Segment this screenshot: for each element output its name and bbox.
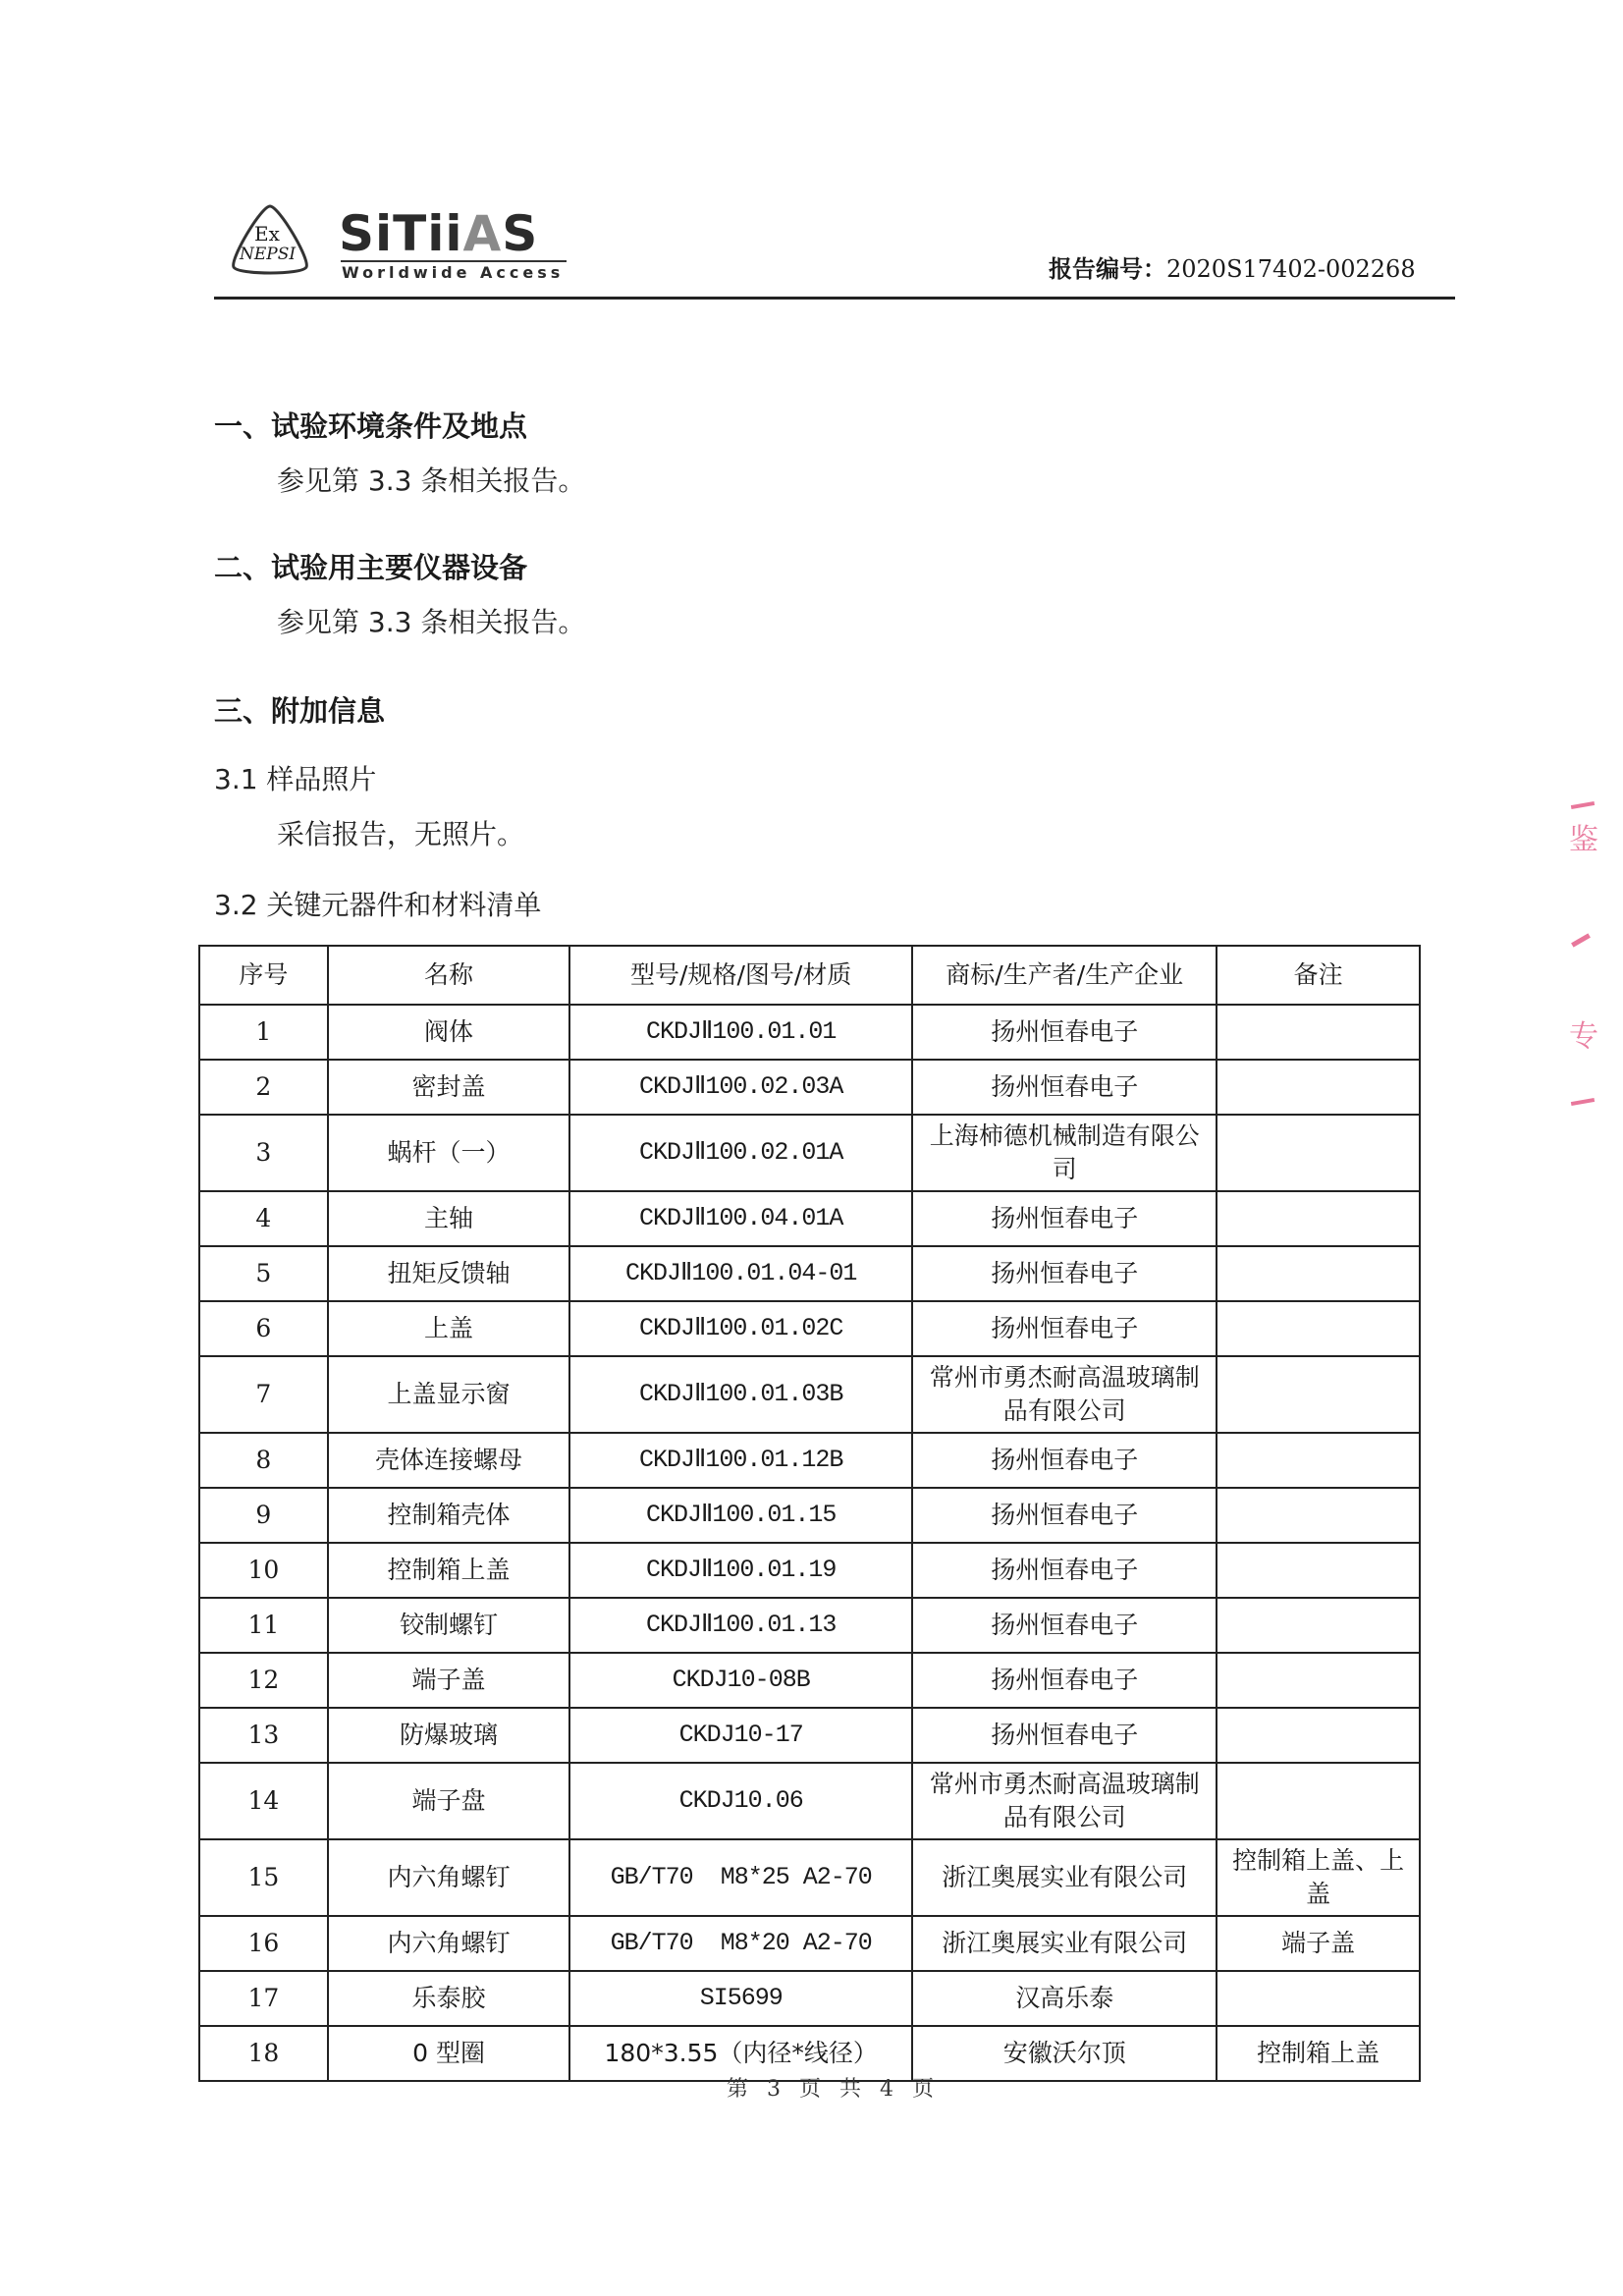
table-row: 15内六角螺钉GB/T70 M8*25 A2-70浙江奥展实业有限公司控制箱上盖…	[199, 1839, 1420, 1916]
cell-name: 0 型圈	[328, 2026, 570, 2081]
cell-remark	[1217, 1598, 1420, 1653]
table-row: 6上盖CKDJⅡ100.01.02C扬州恒春电子	[199, 1301, 1420, 1356]
table-row: 9控制箱壳体CKDJⅡ100.01.15扬州恒春电子	[199, 1488, 1420, 1543]
cell-name: 主轴	[328, 1191, 570, 1246]
logo-badge-nepsi: NEPSI	[240, 245, 296, 264]
seal-stroke-mark	[1571, 933, 1591, 947]
cell-no: 4	[199, 1191, 328, 1246]
cell-manufacturer: 安徽沃尔顶	[912, 2026, 1217, 2081]
col-header-model: 型号/规格/图号/材质	[569, 946, 912, 1005]
cell-model: CKDJ10-17	[569, 1708, 912, 1763]
cell-remark: 控制箱上盖、上盖	[1217, 1839, 1420, 1916]
logo-badge-ex: Ex	[254, 222, 280, 246]
cell-no: 16	[199, 1916, 328, 1971]
cell-no: 2	[199, 1060, 328, 1115]
cell-model: CKDJⅡ100.01.03B	[569, 1356, 912, 1433]
components-materials-table: 序号 名称 型号/规格/图号/材质 商标/生产者/生产企业 备注 1阀体CKDJ…	[198, 945, 1421, 2082]
table-row: 16内六角螺钉GB/T70 M8*20 A2-70浙江奥展实业有限公司端子盖	[199, 1916, 1420, 1971]
cell-remark: 控制箱上盖	[1217, 2026, 1420, 2081]
logo-tagline: Worldwide Access	[342, 263, 564, 282]
cell-manufacturer: 浙江奥展实业有限公司	[912, 1916, 1217, 1971]
table-row: 13防爆玻璃CKDJ10-17扬州恒春电子	[199, 1708, 1420, 1763]
cell-model: CKDJⅡ100.01.01	[569, 1005, 912, 1060]
col-header-remark: 备注	[1217, 946, 1420, 1005]
cell-no: 17	[199, 1971, 328, 2026]
cell-name: 内六角螺钉	[328, 1916, 570, 1971]
cell-manufacturer: 常州市勇杰耐高温玻璃制品有限公司	[912, 1763, 1217, 1839]
cell-manufacturer: 扬州恒春电子	[912, 1488, 1217, 1543]
cell-no: 5	[199, 1246, 328, 1301]
cell-no: 12	[199, 1653, 328, 1708]
cell-name: 阀体	[328, 1005, 570, 1060]
cell-manufacturer: 扬州恒春电子	[912, 1301, 1217, 1356]
cell-remark: 端子盖	[1217, 1916, 1420, 1971]
cell-remark	[1217, 1005, 1420, 1060]
logo-word-accent: A	[463, 205, 503, 262]
table-row: 4主轴CKDJⅡ100.04.01A扬州恒春电子	[199, 1191, 1420, 1246]
cell-model: CKDJⅡ100.01.02C	[569, 1301, 912, 1356]
report-number-label: 报告编号：	[1049, 255, 1166, 283]
cell-manufacturer: 常州市勇杰耐高温玻璃制品有限公司	[912, 1356, 1217, 1433]
table-row: 10控制箱上盖CKDJⅡ100.01.19扬州恒春电子	[199, 1543, 1420, 1598]
cell-name: 内六角螺钉	[328, 1839, 570, 1916]
section-1-title: 一、试验环境条件及地点	[214, 405, 527, 445]
cell-name: 控制箱上盖	[328, 1543, 570, 1598]
cell-no: 14	[199, 1763, 328, 1839]
table-row: 5扭矩反馈轴CKDJⅡ100.01.04-01扬州恒春电子	[199, 1246, 1420, 1301]
cell-model: CKDJⅡ100.02.01A	[569, 1115, 912, 1191]
cell-remark	[1217, 1708, 1420, 1763]
cell-manufacturer: 扬州恒春电子	[912, 1598, 1217, 1653]
table-row: 2密封盖CKDJⅡ100.02.03A扬州恒春电子	[199, 1060, 1420, 1115]
cell-no: 1	[199, 1005, 328, 1060]
cell-name: 蜗杆（一）	[328, 1115, 570, 1191]
seal-edge-mark	[1571, 1098, 1595, 1106]
section-3-title: 三、附加信息	[214, 689, 385, 730]
section-3-1-body: 采信报告，无照片。	[277, 813, 524, 852]
seal-fragment-2: 专	[1569, 1011, 1598, 1055]
cell-model: GB/T70 M8*25 A2-70	[569, 1839, 912, 1916]
cell-remark	[1217, 1191, 1420, 1246]
section-3-2-title: 3.2 关键元器件和材料清单	[214, 884, 541, 923]
cell-name: 控制箱壳体	[328, 1488, 570, 1543]
cell-no: 9	[199, 1488, 328, 1543]
table-row: 12端子盖CKDJ10-08B扬州恒春电子	[199, 1653, 1420, 1708]
cell-no: 13	[199, 1708, 328, 1763]
cell-manufacturer: 扬州恒春电子	[912, 1060, 1217, 1115]
header-divider	[214, 297, 1455, 300]
cell-remark	[1217, 1060, 1420, 1115]
cell-model: CKDJⅡ100.01.12B	[569, 1433, 912, 1488]
cell-manufacturer: 扬州恒春电子	[912, 1433, 1217, 1488]
cell-manufacturer: 扬州恒春电子	[912, 1191, 1217, 1246]
cell-manufacturer: 扬州恒春电子	[912, 1246, 1217, 1301]
table-row: 3蜗杆（一）CKDJⅡ100.02.01A上海柿德机械制造有限公司	[199, 1115, 1420, 1191]
cell-manufacturer: 扬州恒春电子	[912, 1653, 1217, 1708]
cell-no: 7	[199, 1356, 328, 1433]
table-row: 8壳体连接螺母CKDJⅡ100.01.12B扬州恒春电子	[199, 1433, 1420, 1488]
sitiias-logo: SiTiiAS	[339, 208, 538, 259]
section-3-1-title: 3.1 样品照片	[214, 758, 376, 797]
cell-manufacturer: 扬州恒春电子	[912, 1005, 1217, 1060]
report-number-value: 2020S17402-002268	[1166, 255, 1416, 283]
cell-no: 18	[199, 2026, 328, 2081]
cell-manufacturer: 上海柿德机械制造有限公司	[912, 1115, 1217, 1191]
cell-model: CKDJⅡ100.01.04-01	[569, 1246, 912, 1301]
cell-name: 扭矩反馈轴	[328, 1246, 570, 1301]
table-header-row: 序号 名称 型号/规格/图号/材质 商标/生产者/生产企业 备注	[199, 946, 1420, 1005]
cell-remark	[1217, 1115, 1420, 1191]
cell-name: 端子盘	[328, 1763, 570, 1839]
section-2-body: 参见第 3.3 条相关报告。	[277, 601, 585, 640]
cell-remark	[1217, 1543, 1420, 1598]
cell-name: 端子盖	[328, 1653, 570, 1708]
cell-name: 上盖	[328, 1301, 570, 1356]
cell-no: 6	[199, 1301, 328, 1356]
cell-no: 11	[199, 1598, 328, 1653]
page-number: 第 3 页 共 4 页	[727, 2072, 936, 2103]
cell-manufacturer: 扬州恒春电子	[912, 1708, 1217, 1763]
table-row: 17乐泰胶SI5699汉高乐泰	[199, 1971, 1420, 2026]
table-row: 14端子盘CKDJ10.06常州市勇杰耐高温玻璃制品有限公司	[199, 1763, 1420, 1839]
cell-remark	[1217, 1301, 1420, 1356]
cell-model: CKDJⅡ100.01.19	[569, 1543, 912, 1598]
logo-word-end: S	[502, 205, 538, 262]
cell-manufacturer: 扬州恒春电子	[912, 1543, 1217, 1598]
cell-name: 上盖显示窗	[328, 1356, 570, 1433]
cell-model: CKDJ10-08B	[569, 1653, 912, 1708]
cell-remark	[1217, 1433, 1420, 1488]
cell-name: 密封盖	[328, 1060, 570, 1115]
cell-name: 壳体连接螺母	[328, 1433, 570, 1488]
cell-remark	[1217, 1246, 1420, 1301]
logo-word-main: SiTii	[339, 205, 463, 262]
cell-remark	[1217, 1971, 1420, 2026]
cell-model: CKDJ10.06	[569, 1763, 912, 1839]
cell-manufacturer: 浙江奥展实业有限公司	[912, 1839, 1217, 1916]
cell-no: 3	[199, 1115, 328, 1191]
col-header-no: 序号	[199, 946, 328, 1005]
cell-name: 铰制螺钉	[328, 1598, 570, 1653]
seal-fragment-1: 鉴	[1569, 815, 1598, 858]
section-2-title: 二、试验用主要仪器设备	[214, 546, 527, 586]
cell-manufacturer: 汉高乐泰	[912, 1971, 1217, 2026]
table-row: 11铰制螺钉CKDJⅡ100.01.13扬州恒春电子	[199, 1598, 1420, 1653]
cell-no: 15	[199, 1839, 328, 1916]
table-row: 7上盖显示窗CKDJⅡ100.01.03B常州市勇杰耐高温玻璃制品有限公司	[199, 1356, 1420, 1433]
seal-edge-mark	[1571, 801, 1595, 809]
cell-name: 防爆玻璃	[328, 1708, 570, 1763]
col-header-name: 名称	[328, 946, 570, 1005]
cell-model: CKDJⅡ100.01.15	[569, 1488, 912, 1543]
cell-remark	[1217, 1488, 1420, 1543]
col-header-manufacturer: 商标/生产者/生产企业	[912, 946, 1217, 1005]
logo-rule	[341, 260, 567, 262]
cell-remark	[1217, 1763, 1420, 1839]
cell-no: 10	[199, 1543, 328, 1598]
cell-model: GB/T70 M8*20 A2-70	[569, 1916, 912, 1971]
section-1-body: 参见第 3.3 条相关报告。	[277, 460, 585, 499]
cell-remark	[1217, 1653, 1420, 1708]
cell-name: 乐泰胶	[328, 1971, 570, 2026]
cell-model: CKDJⅡ100.01.13	[569, 1598, 912, 1653]
cell-remark	[1217, 1356, 1420, 1433]
cell-model: SI5699	[569, 1971, 912, 2026]
cell-model: CKDJⅡ100.02.03A	[569, 1060, 912, 1115]
cell-no: 8	[199, 1433, 328, 1488]
report-number: 报告编号：2020S17402-002268	[1049, 249, 1416, 284]
cell-model: CKDJⅡ100.04.01A	[569, 1191, 912, 1246]
table-row: 1阀体CKDJⅡ100.01.01扬州恒春电子	[199, 1005, 1420, 1060]
